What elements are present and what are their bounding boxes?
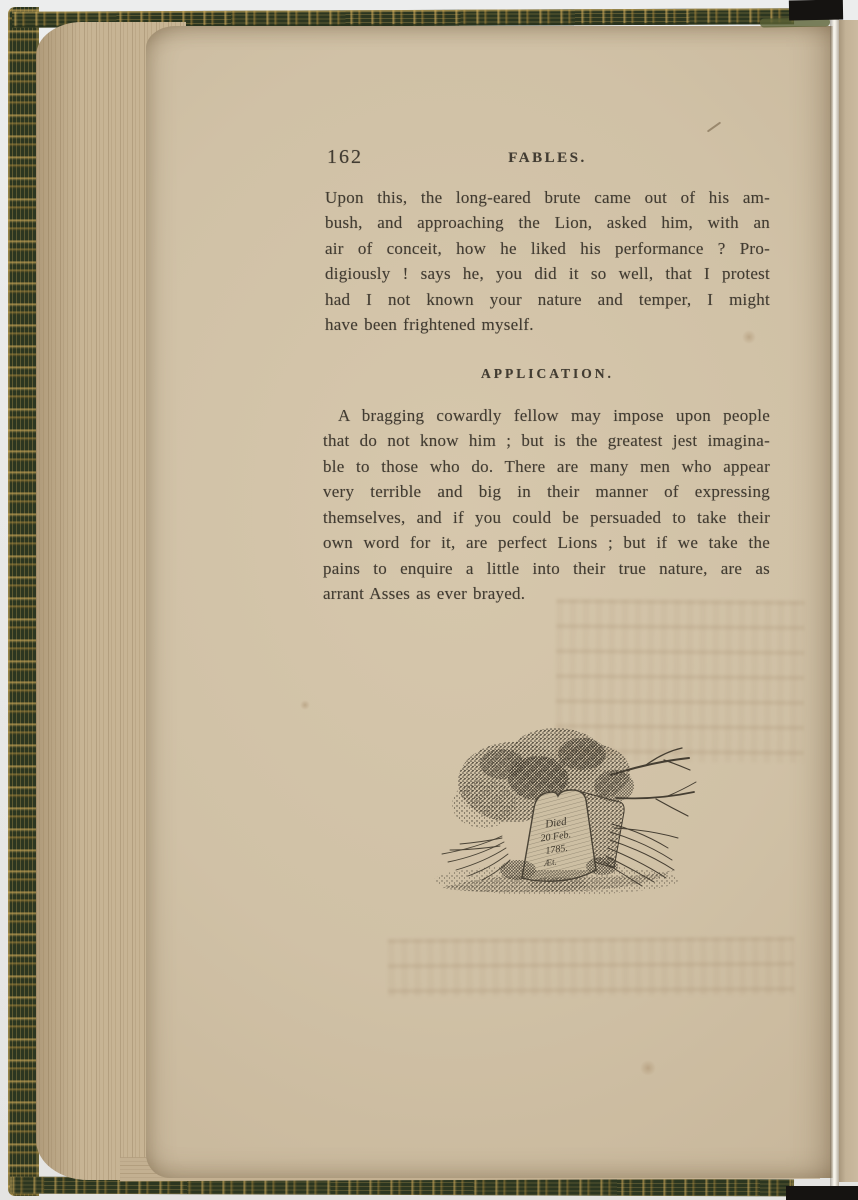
running-header: FABLES. [325,150,770,167]
text-line: very terrible and big in their manner of… [323,479,770,504]
foxing-spot [300,700,310,710]
svg-text:Æt.: Æt. [542,856,557,868]
text-line: pains to enquire a little into their tru… [323,556,770,581]
tailpiece-engraving: Died 20 Feb. 1785. Æt. [406,720,708,902]
application-paragraph: A bragging cowardly fellow may impose up… [323,403,770,607]
background-shadow-top-right [789,0,843,20]
foxing-spot [640,1060,656,1076]
glass-holding-rod [830,0,839,1200]
text-line: air of conceit, how he liked his perform… [325,236,770,261]
fable-paragraph: Upon this, the long-eared brute came out… [325,185,770,338]
text-line: themselves, and if you could be persuade… [323,505,770,530]
text-line: Upon this, the long-eared brute came out… [325,185,770,210]
verso-text-show-through [388,937,794,997]
text-line: own word for it, are perfect Lions ; but… [323,530,770,555]
book-cover-spine-left [8,7,39,1196]
text-line: arrant Asses as ever brayed. [323,581,770,606]
text-line: have been frightened myself. [325,312,770,337]
application-heading: APPLICATION. [325,366,770,382]
text-line: ble to those who do. There are many men … [323,454,770,479]
background-shadow-bottom-right [786,1186,858,1200]
gutter-page-strip [839,20,858,1182]
scanned-book-photo: 162 FABLES. Upon this, the long-eared br… [0,0,858,1200]
text-line: bush, and approaching the Lion, asked hi… [325,210,770,235]
text-line: had I not known your nature and temper, … [325,287,770,312]
text-line: digiously ! says he, you did it so well,… [325,261,770,286]
text-line: that do not know him ; but is the greate… [323,428,770,453]
text-line: A bragging cowardly fellow may impose up… [323,403,770,428]
